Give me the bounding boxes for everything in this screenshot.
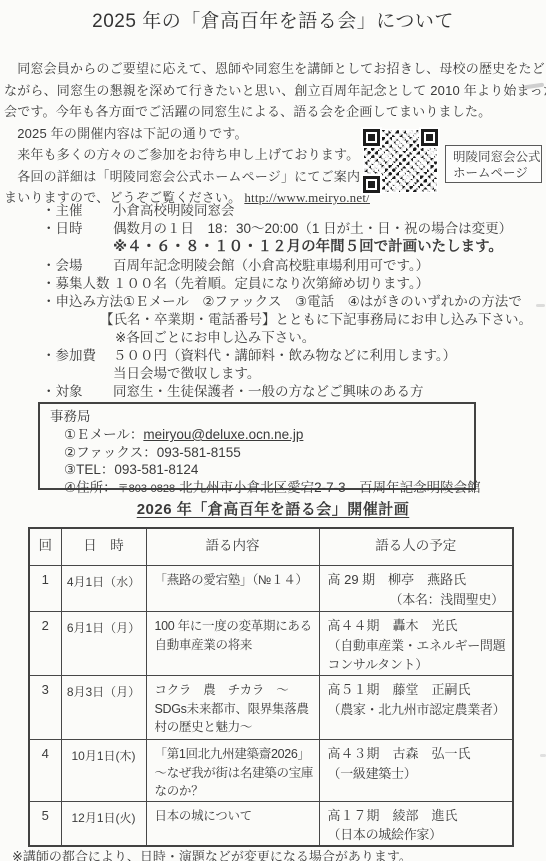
office-box: 事務局 ①Ｅメール：meiryou@deluxe.ocn.ne.jp ②ファック… [38,402,476,490]
qr-finder-icon [421,129,438,146]
detail-application-note: 【氏名・卒業期・電話番号】とともに下記事務局にお申し込み下さい。 [42,311,532,329]
detail-value: 同窓生・生徒保護者・一般の方などご興味のある方 [113,383,424,401]
detail-row-datetime: ・日時偶数月の１日 18：30～20:00（1 日が土・日・祝の場合は変更） [42,220,532,238]
office-fax-line: ②ファックス：093-581-8155 [50,444,474,462]
cell-speaker: 高４４期 轟木 光氏 （自動車産業・エネルギー問題コンサルタント） [319,612,513,676]
cell-date: 4月1日（水） [61,566,146,612]
office-email-label: ①Ｅメール： [64,427,143,442]
qr-finder-icon [363,176,380,193]
schedule-table: 回 日 時 語る内容 語る人の予定 1 4月1日（水） 「燕路の愛宕塾」（№１４… [28,527,514,847]
cell-speaker: 高５１期 藤堂 正嗣氏 （農家・北九州市認定農業者） [319,676,513,740]
qr-label-box: 明陵同窓会公式 ホームページ [445,145,542,183]
intro-line: 同窓会員からのご要望に応えて、恩師や同窓生を講師としてお招きし、母校の歴史をたど… [4,58,546,80]
scanned-document-page: 2025 年の「倉高百年を語る会」について 同窓会員からのご要望に応えて、恩師や… [0,0,546,861]
detail-row-capacity: ・募集人数１００名（先着順。定員になり次第締め切ります。） [42,275,532,293]
office-address-label: ④住所： [64,480,117,495]
detail-label: ・参加費 [42,347,113,365]
detail-label: ・募集人数 [42,275,113,293]
cell-speaker: 高１７期 綾部 進氏 （日本の城絵作家） [319,801,513,846]
schedule-row: 3 8月3日（月） コクラ 農 チカラ ～SDGs未来都市、限界集落農村の歴史と… [29,676,513,740]
cell-date: 10月1日(木) [61,740,146,802]
detail-label: ・主催 [42,202,113,220]
detail-row-application: ・申込み方法①Ｅメール ②ファックス ③電話 ④はがきのいずれかの方法で [42,293,532,311]
cell-no: 2 [29,612,61,676]
header-topic: 語る内容 [146,528,319,566]
schedule-header-row: 回 日 時 語る内容 語る人の予定 [29,528,513,566]
detail-value: 小倉高校明陵同窓会 [113,202,235,220]
detail-row-audience: ・対象同窓生・生徒保護者・一般の方などご興味のある方 [42,383,532,401]
speaker-name: 高 29 期 柳亭 燕路氏 [328,570,511,590]
office-email-link[interactable]: meiryou@deluxe.ocn.ne.jp [143,427,303,442]
intro-line: 会です。今年も各方面でご活躍の同窓生による、語る会を企画してまいりました。 [4,101,546,123]
qr-label-line: ホームページ [453,165,541,181]
office-title: 事務局 [50,408,474,426]
cell-no: 1 [29,566,61,612]
cell-no: 4 [29,740,61,802]
page-title: 2025 年の「倉高百年を語る会」について [0,6,546,33]
schedule-row: 2 6月1日（月） 100 年に一度の変革期にある自動車産業の将来 高４４期 轟… [29,612,513,676]
intro-paragraph: 同窓会員からのご要望に応えて、恩師や同窓生を講師としてお招きし、母校の歴史をたど… [4,58,546,209]
footnote: ※講師の都合により、日時・演題などが変更になる場合があります。 [12,846,412,861]
speaker-name: 高１７期 綾部 進氏 [328,806,511,826]
detail-row-organizer: ・主催小倉高校明陵同窓会 [42,202,532,220]
speaker-note: （自動車産業・エネルギー問題コンサルタント） [328,636,511,675]
qr-finder-icon [363,129,380,146]
schedule-row: 4 10月1日(木) 「第1回北九州建築齋2026」～なぜ我が街は名建築の宝庫な… [29,740,513,802]
schedule-row: 1 4月1日（水） 「燕路の愛宕塾」（№１４） 高 29 期 柳亭 燕路氏 （本… [29,566,513,612]
cell-date: 6月1日（月） [61,612,146,676]
schedule-row: 5 12月1日(火) 日本の城について 高１７期 綾部 進氏 （日本の城絵作家） [29,801,513,846]
detail-row-venue: ・会場百周年記念明陵会館（小倉高校駐車場利用可です。） [42,257,532,275]
cell-no: 5 [29,801,61,846]
cell-date: 8月3日（月） [61,676,146,740]
cell-topic: 「第1回北九州建築齋2026」～なぜ我が街は名建築の宝庫なのか？ [146,740,319,802]
cell-date: 12月1日(火) [61,801,146,846]
detail-value: 百周年記念明陵会館（小倉高校駐車場利用可です。） [113,257,429,275]
office-email-line: ①Ｅメール：meiryou@deluxe.ocn.ne.jp [50,426,474,444]
speaker-name: 高４３期 古森 弘一氏 [328,744,511,764]
speaker-name: 高５１期 藤堂 正嗣氏 [328,680,511,700]
header-no: 回 [29,528,61,566]
cell-topic: 100 年に一度の変革期にある自動車産業の将来 [146,612,319,676]
detail-schedule-note: ※４・６・８・１０・１２月の年間５回で計画いたします。 [42,238,532,257]
detail-value: １００名（先着順。定員になり次第締め切ります。） [113,275,429,293]
cell-speaker: 高４３期 古森 弘一氏 （一級建築士） [319,740,513,802]
plan-heading-text: 2026 年「倉高百年を語る会」開催計画 [137,501,410,518]
speaker-note: （本名：浅間聖史） [328,590,511,610]
detail-application-note2: ※各回ごとにお申し込み下さい。 [42,329,532,347]
qr-code [363,129,438,193]
header-speaker: 語る人の予定 [319,528,513,566]
intro-line: ながら、同窓生の懇親を深めて行きたいと思い、創立百周年記念として 2010 年よ… [4,80,546,102]
intro-line: 2025 年の開催内容は下記の通りです。 [4,123,546,145]
cell-topic: 「燕路の愛宕塾」（№１４） [146,566,319,612]
detail-label: ・会場 [42,257,113,275]
detail-value: 偶数月の１日 18：30～20:00（1 日が土・日・祝の場合は変更） [113,220,512,238]
speaker-note: （農家・北九州市認定農業者） [328,700,511,720]
detail-row-fee: ・参加費５００円（資料代・講師料・飲み物などに利用します。） [42,347,532,365]
detail-label: ・日時 [42,220,113,238]
speaker-note: （一級建築士） [328,764,511,784]
detail-fee-note: 当日会場で徴収します。 [42,365,532,383]
cell-topic: 日本の城について [146,801,319,846]
cell-topic: コクラ 農 チカラ ～SDGs未来都市、限界集落農村の歴史と魅力～ [146,676,319,740]
plan-heading: 2026 年「倉高百年を語る会」開催計画 [0,498,546,519]
office-tel-line: ③TEL：093-581-8124 [50,461,474,479]
office-zip: 〒803-0828 [118,483,176,495]
office-address: 北九州市小倉北区愛宕2-7-3 百周年記念明陵会館 [179,480,481,495]
office-address-line: ④住所：〒803-0828北九州市小倉北区愛宕2-7-3 百周年記念明陵会館 [50,479,474,497]
detail-label: ・申込み方法 [42,293,123,311]
detail-value: ５００円（資料代・講師料・飲み物などに利用します。） [113,347,456,365]
scan-artifact [540,754,546,757]
detail-value: ①Ｅメール ②ファックス ③電話 ④はがきのいずれかの方法で [123,293,522,311]
cell-no: 3 [29,676,61,740]
qr-label-line: 明陵同窓会公式 [453,149,541,165]
cell-speaker: 高 29 期 柳亭 燕路氏 （本名：浅間聖史） [319,566,513,612]
detail-label: ・対象 [42,383,113,401]
speaker-name: 高４４期 轟木 光氏 [328,616,511,636]
event-details-list: ・主催小倉高校明陵同窓会 ・日時偶数月の１日 18：30～20:00（1 日が土… [42,202,532,401]
header-date: 日 時 [61,528,146,566]
speaker-note: （日本の城絵作家） [328,825,511,845]
scan-artifact [536,304,545,307]
